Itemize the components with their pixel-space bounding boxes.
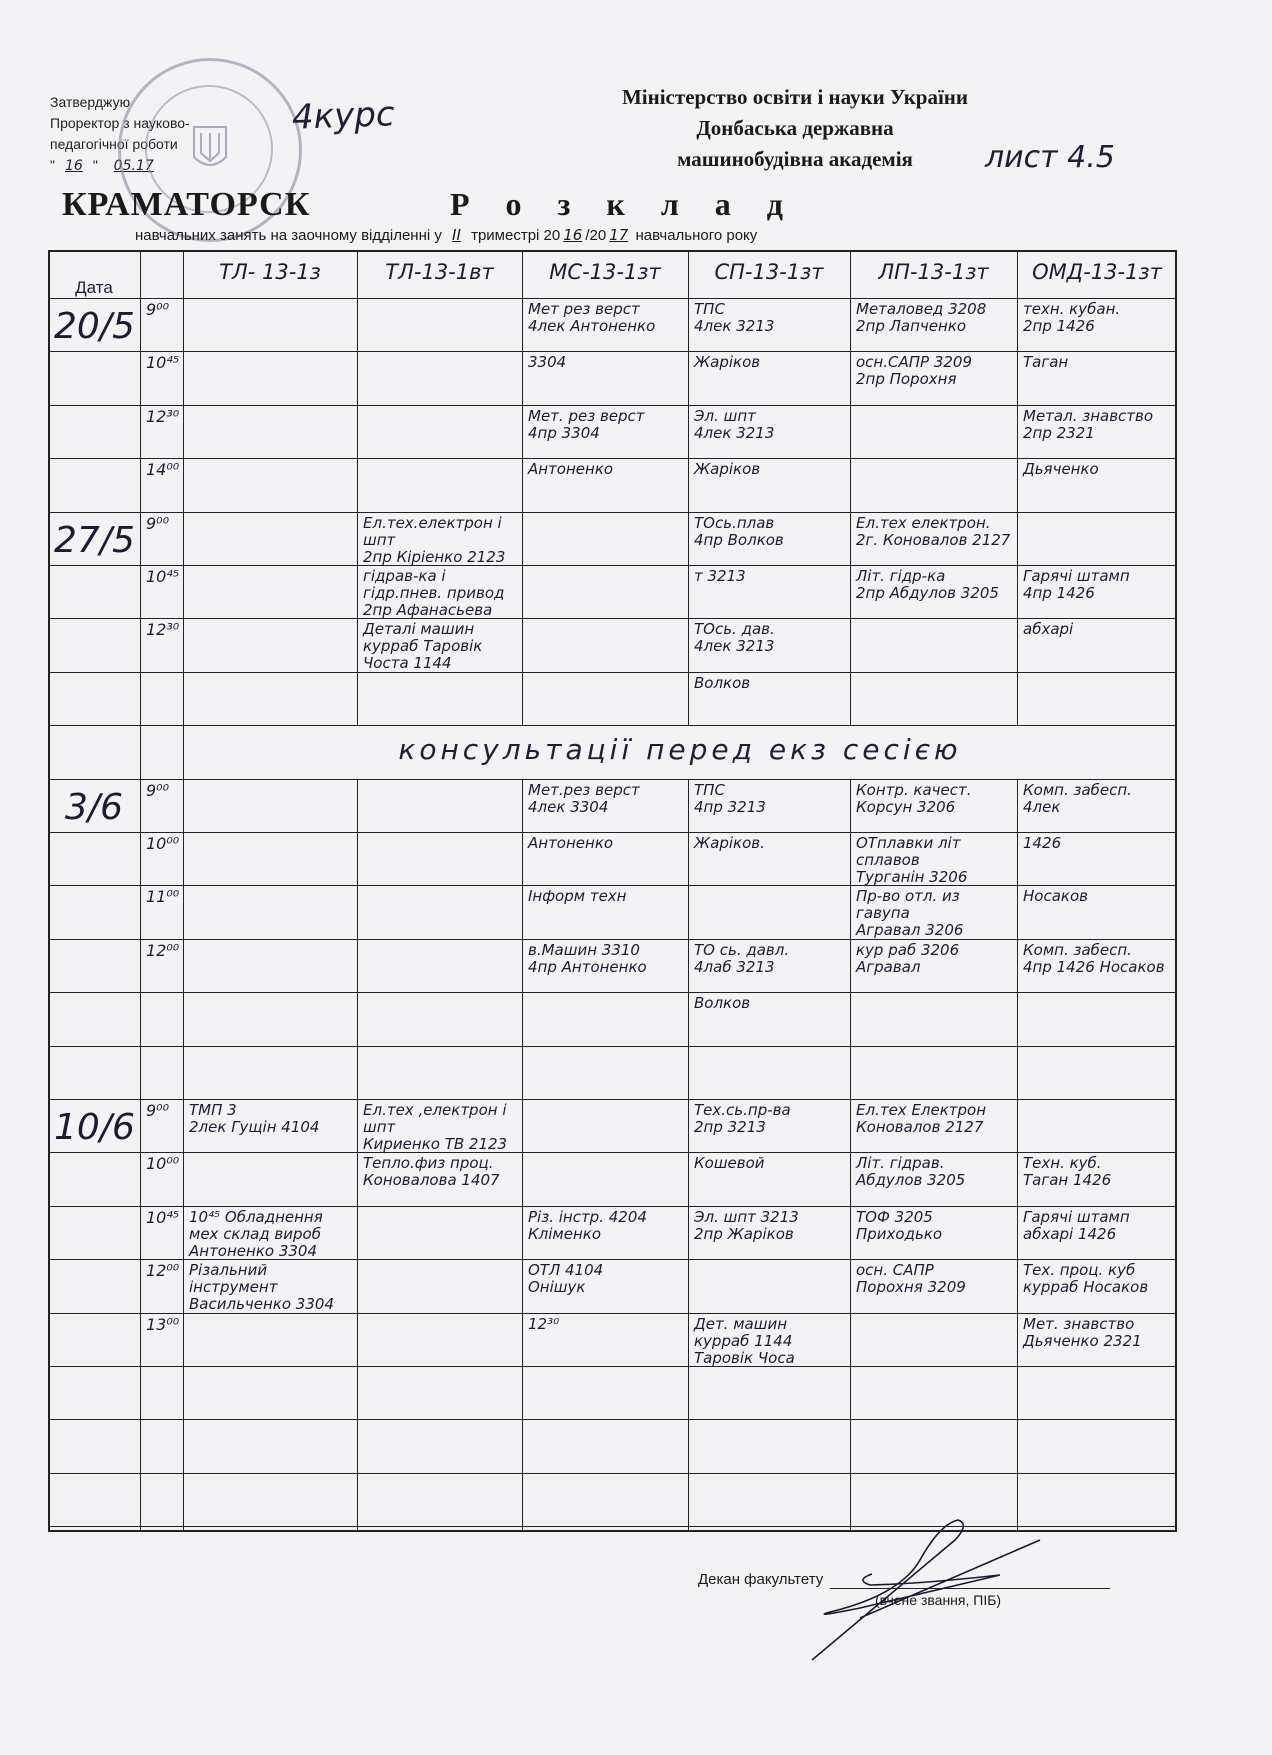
course-note: 4курс <box>291 94 395 138</box>
schedule-cell: Комп. забесп. 4лек <box>1017 779 1177 832</box>
schedule-cell: гідрав-ка і гідр.пнев. привод 2пр Афанас… <box>357 565 522 618</box>
schedule-cell: Техн. куб. Таган 1426 <box>1017 1152 1177 1205</box>
row-time: 10⁰⁰ <box>140 832 183 885</box>
schedule-cell: кур раб 3206 Агравал <box>850 939 1017 992</box>
subtitle-suffix: навчального року <box>635 227 757 244</box>
row-time: 9⁰⁰ <box>140 512 183 565</box>
subtitle: навчальних занять на заочному відділенні… <box>135 226 757 244</box>
table-rule <box>48 618 1177 619</box>
year-end: 17 <box>606 226 631 244</box>
schedule-cell: Літ. гідр-ка 2пр Абдулов 3205 <box>850 565 1017 618</box>
row-time: 10⁴⁵ <box>140 1206 183 1259</box>
schedule-cell: ТПС 4пр 3213 <box>688 779 850 832</box>
table-column-rule <box>183 250 184 1532</box>
subtitle-prefix: навчальних занять на заочному відділенні… <box>135 227 442 244</box>
schedule-cell: Дет. машин курраб 1144 Таровік Чоса <box>688 1313 850 1366</box>
column-header-group: СП-13-1зт <box>688 250 850 298</box>
trident-icon <box>191 123 229 173</box>
row-time: 11⁰⁰ <box>140 885 183 938</box>
row-time: 13⁰⁰ <box>140 1313 183 1366</box>
schedule-cell: Антоненко <box>522 458 688 511</box>
sheet-note: лист 4.5 <box>985 140 1115 175</box>
schedule-cell: Металовед 3208 2пр Лапченко <box>850 298 1017 351</box>
schedule-cell: ТОсь. дав. 4лек 3213 <box>688 618 850 671</box>
signature-icon <box>800 1500 1060 1670</box>
row-time: 12⁰⁰ <box>140 1259 183 1312</box>
schedule-cell: Жаріков. <box>688 832 850 885</box>
schedule-cell: Мет. знавство Дьяченко 2321 <box>1017 1313 1177 1366</box>
table-rule <box>48 1473 1177 1474</box>
ministry-line-1: Міністерство освіти і науки України <box>560 82 1030 113</box>
trimester-value: II <box>446 226 467 244</box>
schedule-cell: Різ. інстр. 4204 Кліменко <box>522 1206 688 1259</box>
schedule-cell: Різальний інструмент Васильченко 3304 <box>183 1259 357 1312</box>
schedule-cell: осн. САПР Порохня 3209 <box>850 1259 1017 1312</box>
schedule-cell: Ел.тех.електрон і шпт 2пр Кіріенко 2123 <box>357 512 522 565</box>
schedule-cell: Літ. гідрав. Абдулов 3205 <box>850 1152 1017 1205</box>
schedule-cell: Эл. шпт 3213 2пр Жаріков <box>688 1206 850 1259</box>
column-header-group: ОМД-13-1зт <box>1017 250 1177 298</box>
schedule-cell: Эл. шпт 4лек 3213 <box>688 405 850 458</box>
schedule-cell: Мет рез верст 4лек Антоненко <box>522 298 688 351</box>
schedule-cell: ТМП 3 2лек Гущін 4104 <box>183 1099 357 1152</box>
schedule-cell: ТПС 4лек 3213 <box>688 298 850 351</box>
schedule-cell: 10⁴⁵ Обладнення мех склад вироб Антоненк… <box>183 1206 357 1259</box>
column-header-group: ЛП-13-1зт <box>850 250 1017 298</box>
schedule-cell: Контр. качест. Корсун 3206 <box>850 779 1017 832</box>
document-title: Р о з к л а д <box>450 186 797 223</box>
city-title: КРАМАТОРСК <box>62 186 310 224</box>
schedule-cell: Тепло.физ проц. Коновалова 1407 <box>357 1152 522 1205</box>
row-time: 10⁴⁵ <box>140 565 183 618</box>
approval-day: 16 <box>55 158 93 174</box>
table-rule <box>48 1419 1177 1420</box>
column-header-date: Дата <box>48 250 140 298</box>
year-sep: /20 <box>585 227 606 244</box>
schedule-cell: Пр-во отл. из гавупа Агравал 3206 <box>850 885 1017 938</box>
schedule-cell: Гарячі штамп абхарі 1426 <box>1017 1206 1177 1259</box>
row-time: 10⁴⁵ <box>140 351 183 404</box>
table-rule <box>48 1046 1177 1047</box>
schedule-cell: 1426 <box>1017 832 1177 885</box>
schedule-cell: Таган <box>1017 351 1177 404</box>
ministry-line-3: машинобудівна академія <box>560 144 1030 175</box>
row-date: 27/5 <box>48 520 140 627</box>
schedule-cell: Кошевой <box>688 1152 850 1205</box>
schedule-cell: Комп. забесп. 4пр 1426 Носаков <box>1017 939 1177 992</box>
schedule-cell: Ел.тех ,електрон і шпт Кириенко ТВ 2123 <box>357 1099 522 1152</box>
row-time: 10⁰⁰ <box>140 1152 183 1205</box>
row-date: 10/6 <box>48 1107 140 1214</box>
schedule-cell: Мет. рез верст 4пр 3304 <box>522 405 688 458</box>
table-rule <box>48 672 1177 673</box>
schedule-cell: Деталі машин курраб Таровік Чоста 1144 <box>357 618 522 671</box>
schedule-cell: Жаріков <box>688 458 850 511</box>
row-time: 12⁰⁰ <box>140 939 183 992</box>
column-header-group: ТЛ-13-1вт <box>357 250 522 298</box>
row-time: 14⁰⁰ <box>140 458 183 511</box>
row-date: 20/5 <box>48 306 140 413</box>
schedule-cell: Гарячі штамп 4пр 1426 <box>1017 565 1177 618</box>
schedule-cell: Тех.сь.пр-ва 2пр 3213 <box>688 1099 850 1152</box>
schedule-cell: Мет.рез верст 4лек 3304 <box>522 779 688 832</box>
row-time: 12³⁰ <box>140 618 183 671</box>
schedule-cell: ОТЛ 4104 Онішук <box>522 1259 688 1312</box>
row-time: 9⁰⁰ <box>140 1099 183 1152</box>
row-time: 9⁰⁰ <box>140 779 183 832</box>
year-start: 16 <box>560 226 585 244</box>
schedule-cell: Інформ техн <box>522 885 688 938</box>
schedule-cell: Носаков <box>1017 885 1177 938</box>
column-header-group: МС-13-1зт <box>522 250 688 298</box>
schedule-cell: ТО сь. давл. 4лаб 3213 <box>688 939 850 992</box>
schedule-cell: ТОсь.плав 4пр Волков <box>688 512 850 565</box>
schedule-cell: Волков <box>688 992 850 1045</box>
table-rule <box>48 725 1177 726</box>
row-time: 9⁰⁰ <box>140 298 183 351</box>
schedule-cell: ОТплавки літ сплавов Турганін 3206 <box>850 832 1017 885</box>
row-date: 3/6 <box>48 787 140 894</box>
ministry-heading: Міністерство освіти і науки України Донб… <box>560 82 1030 175</box>
subtitle-middle: триместрі 20 <box>471 227 560 244</box>
table-rule <box>48 1366 1177 1367</box>
schedule-cell: техн. кубан. 2пр 1426 <box>1017 298 1177 351</box>
schedule-cell: т 3213 <box>688 565 850 618</box>
table-rule <box>48 992 1177 993</box>
schedule-cell: 3304 <box>522 351 688 404</box>
schedule-cell: Метал. знавство 2пр 2321 <box>1017 405 1177 458</box>
schedule-cell: Тех. проц. куб курраб Носаков <box>1017 1259 1177 1312</box>
column-header-group: ТЛ- 13-1з <box>183 250 357 298</box>
schedule-cell: Антоненко <box>522 832 688 885</box>
schedule-cell: осн.САПР 3209 2пр Порохня <box>850 351 1017 404</box>
schedule-cell: Ел.тех електрон. 2г. Коновалов 2127 <box>850 512 1017 565</box>
schedule-cell: абхарі <box>1017 618 1177 671</box>
schedule-cell: Дьяченко <box>1017 458 1177 511</box>
schedule-cell: ТОФ 3205 Приходько <box>850 1206 1017 1259</box>
schedule-cell: Ел.тех Електрон Коновалов 2127 <box>850 1099 1017 1152</box>
row-time: 12³⁰ <box>140 405 183 458</box>
schedule-cell: в.Машин 3310 4пр Антоненко <box>522 939 688 992</box>
schedule-cell: Волков <box>688 672 850 725</box>
schedule-cell: 12³⁰ <box>522 1313 688 1366</box>
schedule-cell: Жаріков <box>688 351 850 404</box>
consultation-banner: консультації перед екз сесією <box>183 733 1177 766</box>
ministry-line-2: Донбаська державна <box>560 113 1030 144</box>
